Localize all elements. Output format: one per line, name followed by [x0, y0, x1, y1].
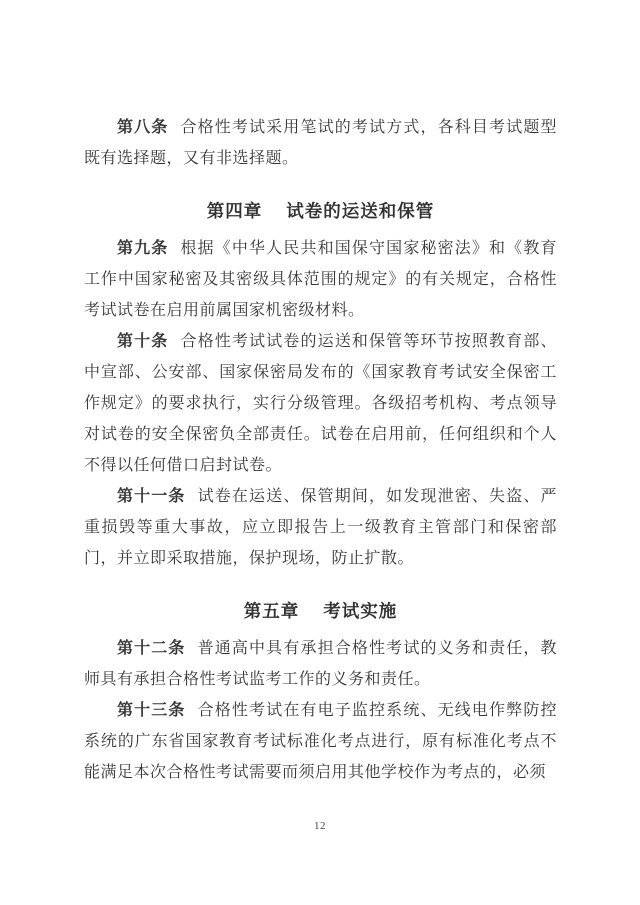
chapter-title: 试卷的运送和保管: [286, 201, 434, 221]
article-number: 第十条: [117, 333, 180, 350]
chapter-title: 考试实施: [323, 601, 397, 621]
chapter-number: 第四章: [207, 201, 263, 221]
article-text: 合格性考试试卷的运送和保管等环节按照教育部、中宣部、公安部、国家保密局发布的《国…: [84, 333, 557, 474]
article-8-paragraph: 第八条合格性考试采用笔试的考试方式，各科目考试题型既有选择题，又有非选择题。: [84, 112, 557, 174]
document-body: 第八条合格性考试采用笔试的考试方式，各科目考试题型既有选择题，又有非选择题。 第…: [84, 112, 557, 788]
chapter-4-heading: 第四章试卷的运送和保管: [84, 196, 557, 227]
article-number: 第九条: [117, 240, 180, 257]
article-number: 第十二条: [117, 640, 198, 657]
article-12-paragraph: 第十二条普通高中具有承担合格性考试的义务和责任，教师具有承担合格性考试监考工作的…: [84, 633, 557, 695]
article-13-paragraph: 第十三条合格性考试在有电子监控系统、无线电作弊防控系统的广东省国家教育考试标准化…: [84, 695, 557, 788]
chapter-number: 第五章: [244, 601, 300, 621]
article-9-paragraph: 第九条根据《中华人民共和国保守国家秘密法》和《教育工作中国家秘密及其密级具体范围…: [84, 233, 557, 326]
chapter-5-heading: 第五章考试实施: [84, 596, 557, 627]
article-11-paragraph: 第十一条试卷在运送、保管期间，如发现泄密、失盗、严重损毁等重大事故，应立即报告上…: [84, 481, 557, 574]
article-10-paragraph: 第十条合格性考试试卷的运送和保管等环节按照教育部、中宣部、公安部、国家保密局发布…: [84, 326, 557, 481]
document-page: 第八条合格性考试采用笔试的考试方式，各科目考试题型既有选择题，又有非选择题。 第…: [0, 0, 640, 905]
article-number: 第十一条: [117, 488, 198, 505]
article-number: 第十三条: [117, 702, 198, 719]
article-number: 第八条: [117, 119, 180, 136]
page-number: 12: [0, 820, 640, 832]
